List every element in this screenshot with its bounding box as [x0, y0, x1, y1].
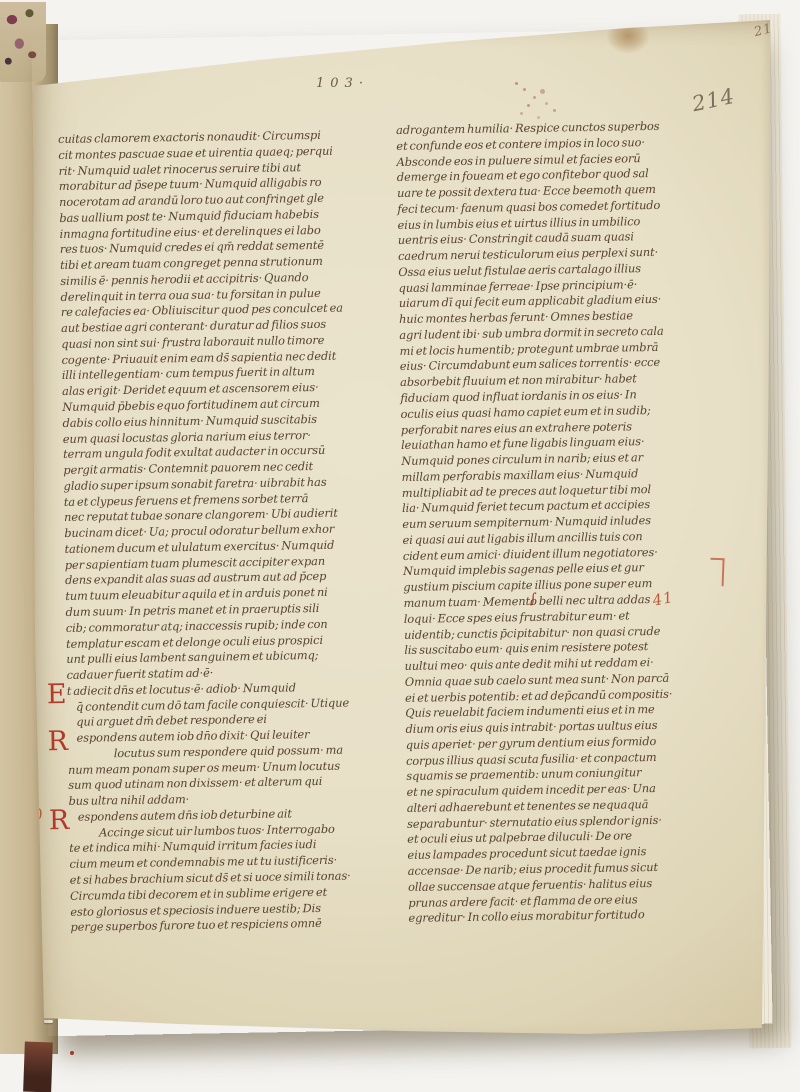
red-ink-dot: [70, 1051, 74, 1055]
manuscript-photo: 103· 214 214 40 cuitas clamorem exactori…: [0, 0, 800, 1092]
rubric-initial: R: [47, 728, 68, 755]
rubric-initial: E: [47, 681, 67, 708]
text-column-right: 41 ∫ adrogantem humilia· Respice cunctos…: [396, 118, 725, 927]
binding-board-corner: [23, 1042, 53, 1092]
stain: [606, 18, 650, 54]
parchment-page: 103· 214 214 40 cuitas clamorem exactori…: [28, 16, 774, 1052]
stain-speckles: [515, 82, 518, 85]
rubric-initial: R: [49, 807, 70, 834]
folio-number: 214: [690, 84, 737, 116]
page-number-top: 103·: [316, 76, 369, 91]
text-line: perge superbos furore tuo et respiciens …: [70, 916, 352, 936]
text-column-left: 40 cuitas clamorem exactoris nonaudit· C…: [58, 128, 353, 936]
